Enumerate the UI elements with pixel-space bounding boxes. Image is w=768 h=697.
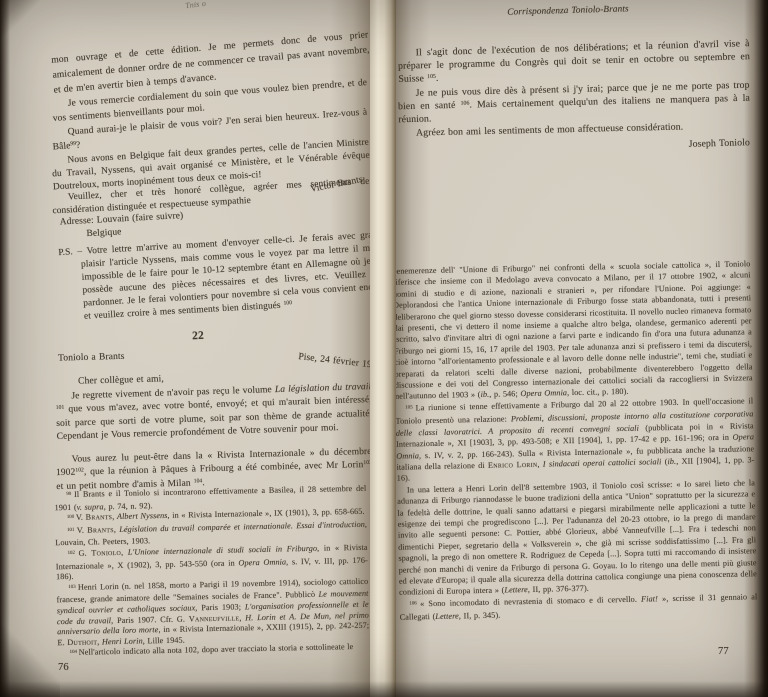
- page-number-right: 77: [718, 646, 729, 657]
- letter-signature: Joseph Toniolo: [538, 137, 750, 154]
- left-page: Tnis o mon ouvrage et de cette édition. …: [0, 0, 388, 697]
- footnotes-block: 99 Il Brants e il Toniolo si incontraron…: [54, 484, 370, 661]
- letter-paragraph: Je regrette vivement de n'avoir pas reçu…: [55, 381, 373, 444]
- left-running-head-fragment: Tnis o: [185, 0, 256, 10]
- letter-postscript: P.S. – Votre lettre m'arrive au moment d…: [58, 229, 386, 326]
- footnote-104-continuation: benemerenze dell' "Unione di Friburgo" n…: [392, 258, 753, 402]
- footnotes-block: benemerenze dell' "Unione di Friburgo" n…: [392, 258, 757, 623]
- letter-paragraph: Je ne puis vous dire dès à présent si j'…: [398, 80, 751, 127]
- right-page: Corrispondenza Toniolo-Brants Il s'agit …: [388, 0, 768, 697]
- book-photo: Tnis o mon ouvrage et de cette édition. …: [0, 0, 768, 697]
- footnote-105: 105 La riunione si tenne effettivamente …: [395, 395, 755, 484]
- letter-parties-label: Toniolo a Brants: [58, 347, 258, 363]
- footnote-103: 103 Henri Lorin (n. nel 1858, morto a Pa…: [56, 576, 369, 648]
- page-number-left: 76: [58, 662, 69, 673]
- letter-number-heading: 22: [40, 324, 356, 347]
- running-head: Corrispondenza Toniolo-Brants: [388, 1, 748, 21]
- footnote-105-continuation: In una lettera a Henri Lorin dell'8 sett…: [397, 477, 757, 599]
